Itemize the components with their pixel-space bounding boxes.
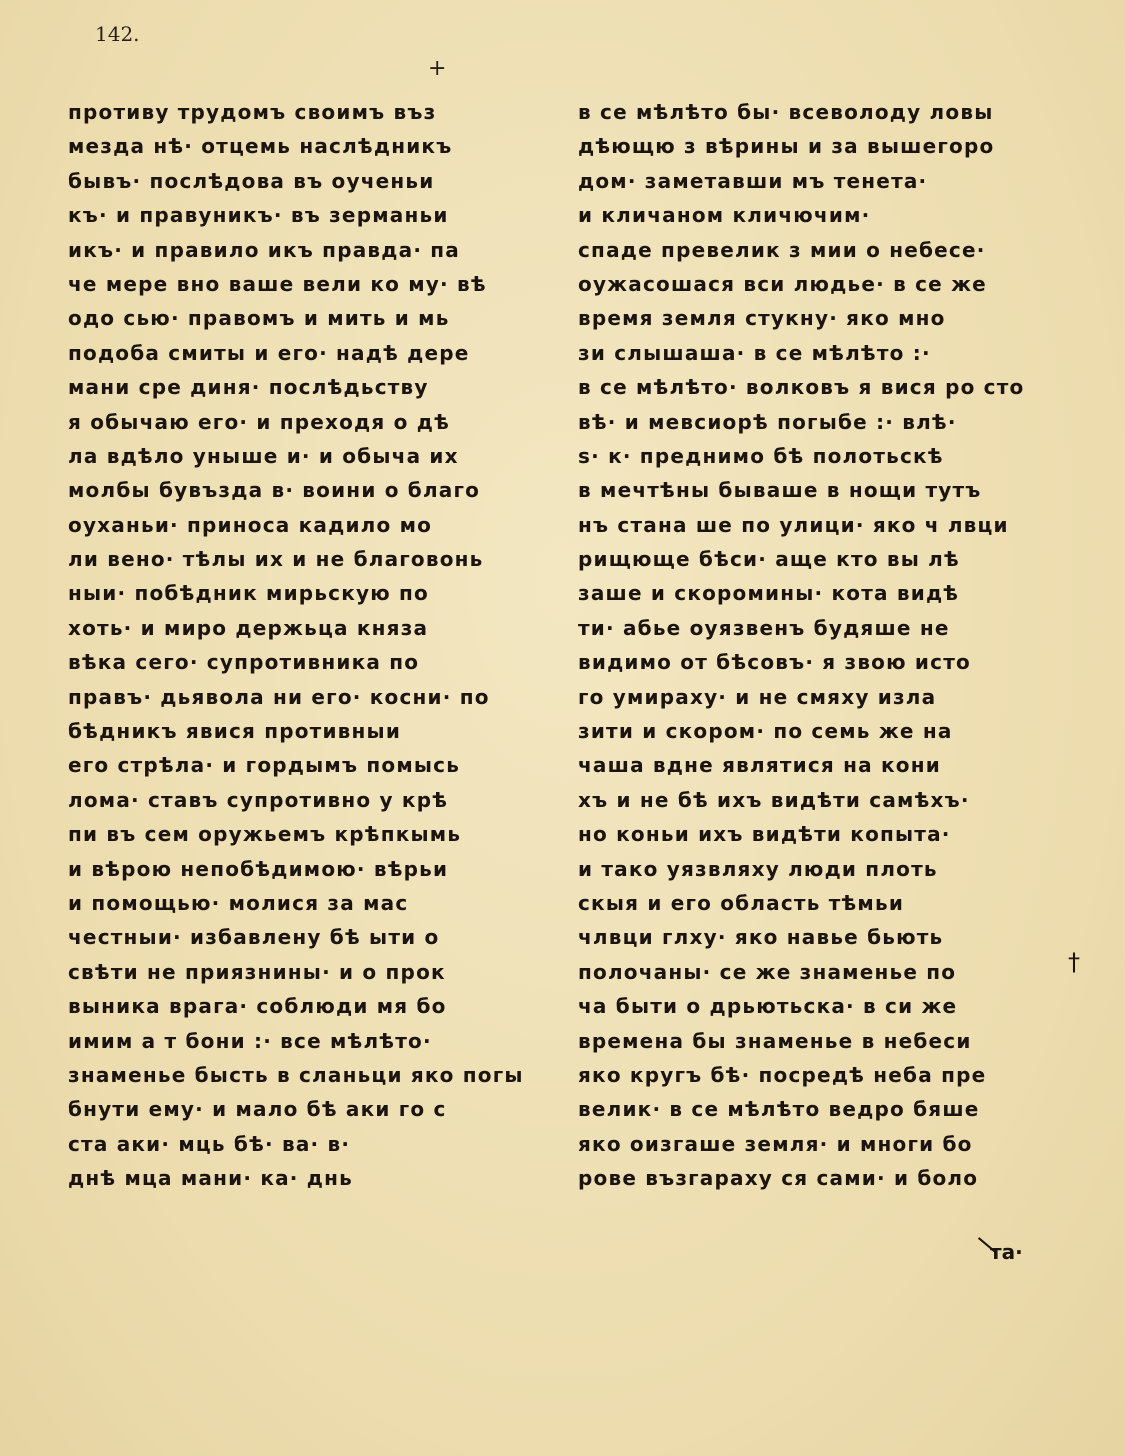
text-line: днѣ мца мани· ка· днь bbox=[68, 1161, 538, 1195]
text-line: мани сре диня· послѣдьству bbox=[68, 370, 538, 404]
text-line: имим а т бони :· Все мѣлѣто· bbox=[68, 1024, 538, 1058]
top-cross-mark: + bbox=[428, 56, 446, 81]
text-line: выника врага· соблюди мя бо bbox=[68, 989, 538, 1023]
text-line: зи слышаша· в се мѣлѣто :· bbox=[578, 336, 1048, 370]
text-line: дом· заметавши мъ тенета· bbox=[578, 164, 1048, 198]
text-line: вѣка сего· супротивника по bbox=[68, 645, 538, 679]
text-line: рищюще бѣси· аще кто вы лѣ bbox=[578, 542, 1048, 576]
text-line: молбы бувъзда в· воини о благо bbox=[68, 473, 538, 507]
text-line: зити и скором· по семь же на bbox=[578, 714, 1048, 748]
text-line: чаша вдне являтися на кони bbox=[578, 748, 1048, 782]
text-line: скыя и его область тѣмьи bbox=[578, 886, 1048, 920]
text-line: время земля стукну· яко мно bbox=[578, 301, 1048, 335]
text-line: его стрѣла· и гордымъ помысь bbox=[68, 748, 538, 782]
text-line: оуханьи· приноса кадило мо bbox=[68, 508, 538, 542]
text-line: ча быти о дрьютьска· в си же bbox=[578, 989, 1048, 1023]
text-line: го умираху· и не смяху изла bbox=[578, 680, 1048, 714]
text-line: в мечтѣны бываше в нощи тутъ bbox=[578, 473, 1048, 507]
text-line: бнути ему· и мало бѣ аки го с bbox=[68, 1092, 538, 1126]
text-line: ли вено· тѣлы их и не благовонь bbox=[68, 542, 538, 576]
text-line: ла вдѣло уныше и· и обыча их bbox=[68, 439, 538, 473]
text-line: ныи· побѣдник мирьскую по bbox=[68, 576, 538, 610]
left-text-column: противу трудомъ своимъ възмезда нѣ· отце… bbox=[68, 95, 538, 1196]
text-line: вѣ· и мевсиорѣ погыбе :· влѣ· bbox=[578, 405, 1048, 439]
text-line: нъ стана ше по улици· яко ч лвци bbox=[578, 508, 1048, 542]
text-line: одо сью· правомъ и мить и мь bbox=[68, 301, 538, 335]
text-line: времена бы знаменье в небеси bbox=[578, 1024, 1048, 1058]
text-line: дѣющю з вѣрины и за вышегоро bbox=[578, 129, 1048, 163]
text-line: и тако уязвляху люди плоть bbox=[578, 852, 1048, 886]
text-line: хоть· и миро держьца княза bbox=[68, 611, 538, 645]
text-line: яко оизгаше земля· и многи бо bbox=[578, 1127, 1048, 1161]
text-line: икъ· и правило икъ правда· па bbox=[68, 233, 538, 267]
text-line: бывъ· послѣдова въ оученьи bbox=[68, 164, 538, 198]
page-number: 142. bbox=[95, 22, 140, 46]
text-line: заше и скоромины· кота видѣ bbox=[578, 576, 1048, 610]
text-line: велик· в се мѣлѣто ведро бяше bbox=[578, 1092, 1048, 1126]
text-line: знаменье бысть в сланьци яко погы bbox=[68, 1058, 538, 1092]
text-line: рове възгараху ся сами· и боло bbox=[578, 1161, 1048, 1195]
text-line: лома· ставъ супротивно у крѣ bbox=[68, 783, 538, 817]
text-line: подоба смиты и его· надѣ дере bbox=[68, 336, 538, 370]
text-line: видимо от бѣсовъ· я звою исто bbox=[578, 645, 1048, 679]
text-line: члвци глху· яко навье бьють bbox=[578, 920, 1048, 954]
text-line: честныи· избавлену бѣ ыти о bbox=[68, 920, 538, 954]
text-line: полочаны· се же знаменье по bbox=[578, 955, 1048, 989]
text-line: къ· и правуникъ· въ зерманьи bbox=[68, 198, 538, 232]
right-margin-cross-mark: † bbox=[1068, 948, 1080, 976]
text-line: оужасошася вси людье· в се же bbox=[578, 267, 1048, 301]
text-line: ѕ· К· Преднимо бѣ полотьскѣ bbox=[578, 439, 1048, 473]
text-line: и вѣрою непобѣдимою· вѣрьи bbox=[68, 852, 538, 886]
text-line: в се мѣлѣто бы· Всеволоду ловы bbox=[578, 95, 1048, 129]
text-line: я обычаю его· и преходя о дѣ bbox=[68, 405, 538, 439]
text-line: ста аки· мць бѣ· ва· в· bbox=[68, 1127, 538, 1161]
text-line: спаде превелик з мии о небесе· bbox=[578, 233, 1048, 267]
text-line: свѣти не приязнины· и о прок bbox=[68, 955, 538, 989]
text-line: яко кругъ бѣ· посредѣ неба пре bbox=[578, 1058, 1048, 1092]
text-line: ти· абье оуязвенъ будяше не bbox=[578, 611, 1048, 645]
text-line: бѣдникъ явися противныи bbox=[68, 714, 538, 748]
right-text-column: в се мѣлѣто бы· Всеволоду ловыдѣющю з вѣ… bbox=[578, 95, 1048, 1196]
text-line: и кличаном кличючим· bbox=[578, 198, 1048, 232]
catchword: та· bbox=[990, 1240, 1023, 1264]
text-line: че мере вно ваше вели ко му· вѣ bbox=[68, 267, 538, 301]
text-line: мезда нѣ· отцемь наслѣдникъ bbox=[68, 129, 538, 163]
text-line: правъ· дьявола ни его· косни· по bbox=[68, 680, 538, 714]
text-line: хъ и не бѣ ихъ видѣти самѣхъ· bbox=[578, 783, 1048, 817]
text-line: противу трудомъ своимъ въз bbox=[68, 95, 538, 129]
text-line: В се мѣлѣто· волковъ я вися ро сто bbox=[578, 370, 1048, 404]
text-line: и помощью· молися за мас bbox=[68, 886, 538, 920]
text-line: пи въ сем оружьемъ крѣпкымь bbox=[68, 817, 538, 851]
text-line: но коньи ихъ видѣти копыта· bbox=[578, 817, 1048, 851]
